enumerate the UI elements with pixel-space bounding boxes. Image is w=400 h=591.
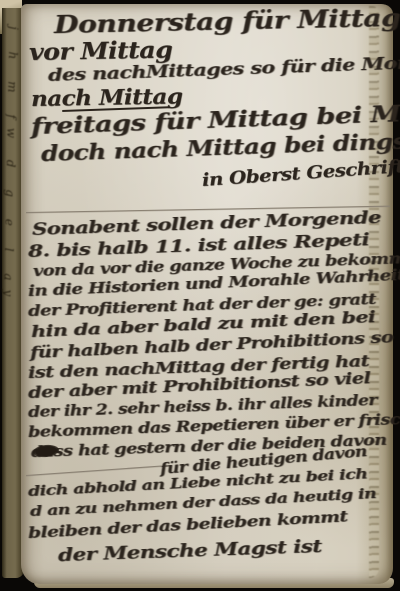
manuscript-photo: j h m fw d g e l ay Donnerstag für Mitta…	[0, 0, 400, 591]
